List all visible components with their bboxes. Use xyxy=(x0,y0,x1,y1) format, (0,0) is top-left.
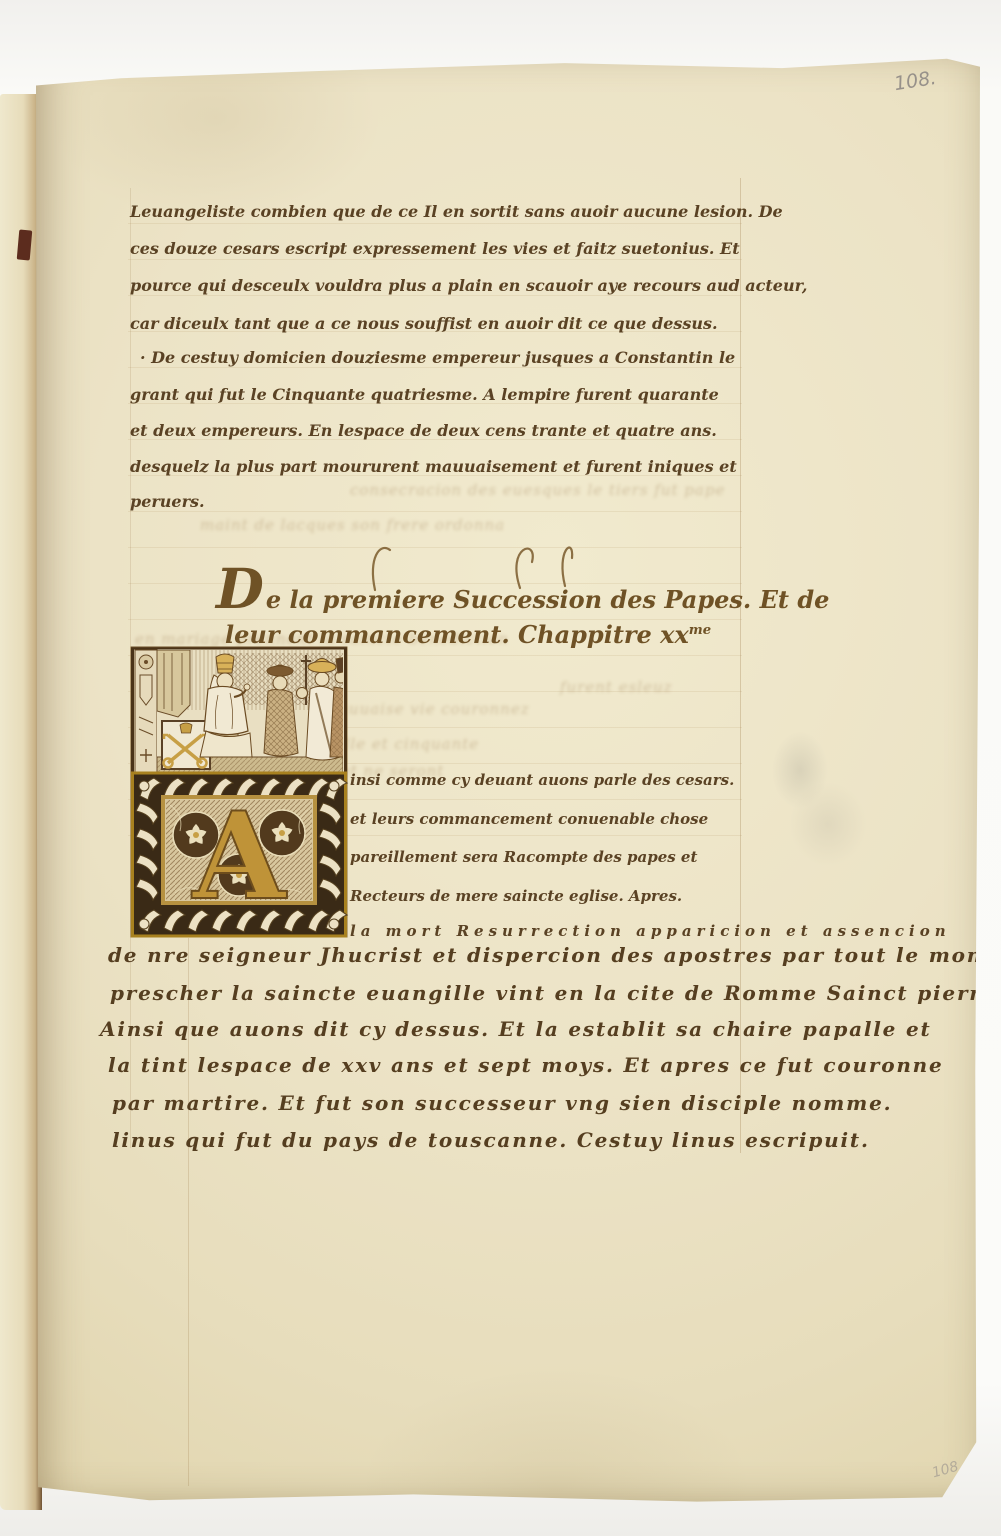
text-line: Leuangeliste combien que de ce Il en sor… xyxy=(130,202,783,221)
scene-left-border-column xyxy=(135,650,157,772)
text-line: car diceulx tant que a ce nous souffist … xyxy=(130,314,718,333)
text-line: linus qui fut du pays de touscanne. Cest… xyxy=(112,1128,870,1152)
canopy-curtain xyxy=(157,650,190,717)
illuminated-initial-letter: A xyxy=(191,786,287,927)
manuscript-scan: consecracion des euesques le tiers fut p… xyxy=(0,0,1001,1536)
text-line: grant qui fut le Cinquante quatriesme. A… xyxy=(130,385,719,404)
miniature-scene xyxy=(133,648,349,774)
text-line: peruers. xyxy=(130,492,205,511)
folio-number-bottom: 108 xyxy=(930,1459,960,1482)
text-line: et deux empereurs. En lespace de deux ce… xyxy=(130,421,717,440)
text-line: par martire. Et fut son successeur vng s… xyxy=(112,1091,892,1115)
right-ruling-line xyxy=(740,178,741,1153)
text-line: Ainsi que auons dit cy dessus. Et la est… xyxy=(100,1017,932,1041)
text-line: de nre seigneur Jhucrist et dispercion d… xyxy=(108,943,1001,967)
text-line: Recteurs de mere saincte eglise. Apres. xyxy=(350,887,682,905)
text-line: pareillement sera Racompte des papes et xyxy=(350,848,697,866)
folio-number-top: 108. xyxy=(893,67,938,95)
text-line: ces douze cesars escript expressement le… xyxy=(130,239,740,258)
text-line: prescher la saincte euangille vint en la… xyxy=(110,981,996,1005)
chapter-number-superscript: me xyxy=(689,623,711,638)
text-line: la mort Resurrection apparicion et assen… xyxy=(350,922,951,940)
binding-edge xyxy=(17,229,33,260)
text-line: et leurs commancement conuenable chose xyxy=(350,810,708,828)
ghost-line: consecracion des euesques le tiers fut p… xyxy=(350,481,725,499)
previous-page-edge xyxy=(0,94,42,1510)
text-line: desquelz la plus part moururent mauuaise… xyxy=(130,457,737,476)
ghost-line: maint de lacques son frere ordonna xyxy=(200,516,505,534)
text-line: pource qui desceulx vouldra plus a plain… xyxy=(130,276,807,295)
ghost-line: furent esleuz xyxy=(560,678,673,696)
manuscript-page: consecracion des euesques le tiers fut p… xyxy=(36,58,980,1506)
chapter-heading-line-1: De la premiere Succession des Papes. Et … xyxy=(216,571,829,614)
text-line: · De cestuy domicien douziesme empereur … xyxy=(140,348,735,367)
pope-miniature-and-initial: A xyxy=(130,645,350,940)
papal-tiara xyxy=(216,654,234,673)
wide-brim-hat xyxy=(308,662,336,673)
text-line: insi comme cy deuant auons parle des ces… xyxy=(350,771,734,789)
text-line: la tint lespace de xxv ans et sept moys.… xyxy=(108,1053,944,1077)
